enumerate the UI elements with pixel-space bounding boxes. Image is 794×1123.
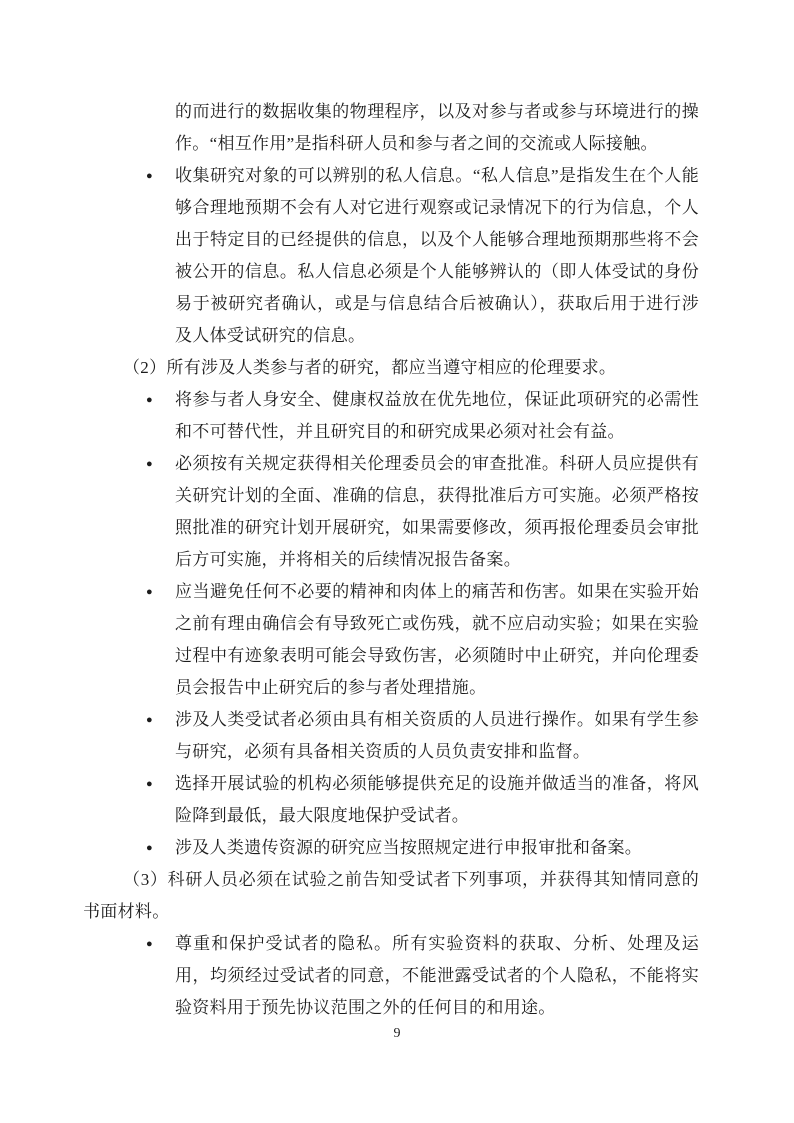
paragraph-continuation: 的而进行的数据收集的物理程序，以及对参与者或参与环境进行的操作。“相互作用”是指… (175, 96, 699, 160)
bullet-icon: ● (146, 928, 166, 960)
bullet-icon: ● (146, 576, 166, 608)
bullet-icon: ● (146, 384, 166, 416)
bullet-text: 将参与者人身安全、健康权益放在优先地位，保证此项研究的必需性和不可替代性，并且研… (175, 384, 699, 448)
bullet-text: 必须按有关规定获得相关伦理委员会的审查批准。科研人员应提供有关研究计划的全面、准… (175, 448, 699, 576)
bullet-item: ● 收集研究对象的可以辨别的私人信息。“私人信息”是指发生在个人能够合理地预期不… (83, 160, 699, 352)
numbered-paragraph-2: （2）所有涉及人类参与者的研究，都应当遵守相应的伦理要求。 (83, 352, 699, 384)
bullet-item: ● 将参与者人身安全、健康权益放在优先地位，保证此项研究的必需性和不可替代性，并… (83, 384, 699, 448)
bullet-icon: ● (146, 448, 166, 480)
bullet-text: 尊重和保护受试者的隐私。所有实验资料的获取、分析、处理及运用，均须经过受试者的同… (175, 928, 699, 1024)
bullet-item: ● 涉及人类遗传资源的研究应当按照规定进行申报审批和备案。 (83, 832, 699, 864)
page-number: 9 (394, 1026, 401, 1041)
bullet-icon: ● (146, 832, 166, 864)
bullet-item: ● 尊重和保护受试者的隐私。所有实验资料的获取、分析、处理及运用，均须经过受试者… (83, 928, 699, 1024)
numbered-paragraph-3: （3）科研人员必须在试验之前告知受试者下列事项，并获得其知情同意的书面材料。 (83, 864, 699, 928)
page-content: 的而进行的数据收集的物理程序，以及对参与者或参与环境进行的操作。“相互作用”是指… (83, 96, 699, 1024)
bullet-text: 应当避免任何不必要的精神和肉体上的痛苦和伤害。如果在实验开始之前有理由确信会有导… (175, 576, 699, 704)
bullet-item: ● 必须按有关规定获得相关伦理委员会的审查批准。科研人员应提供有关研究计划的全面… (83, 448, 699, 576)
bullet-item: ● 选择开展试验的机构必须能够提供充足的设施并做适当的准备，将风险降到最低，最大… (83, 768, 699, 832)
bullet-icon: ● (146, 704, 166, 736)
bullet-icon: ● (146, 160, 166, 192)
bullet-text: 收集研究对象的可以辨别的私人信息。“私人信息”是指发生在个人能够合理地预期不会有… (175, 160, 699, 352)
bullet-item: ● 涉及人类受试者必须由具有相关资质的人员进行操作。如果有学生参与研究，必须有具… (83, 704, 699, 768)
document-page: 的而进行的数据收集的物理程序，以及对参与者或参与环境进行的操作。“相互作用”是指… (0, 0, 794, 1123)
bullet-item: ● 应当避免任何不必要的精神和肉体上的痛苦和伤害。如果在实验开始之前有理由确信会… (83, 576, 699, 704)
bullet-text: 选择开展试验的机构必须能够提供充足的设施并做适当的准备，将风险降到最低，最大限度… (175, 768, 699, 832)
page-footer: 9 (0, 1024, 794, 1044)
bullet-text: 涉及人类受试者必须由具有相关资质的人员进行操作。如果有学生参与研究，必须有具备相… (175, 704, 699, 768)
bullet-icon: ● (146, 768, 166, 800)
bullet-text: 涉及人类遗传资源的研究应当按照规定进行申报审批和备案。 (175, 832, 699, 864)
